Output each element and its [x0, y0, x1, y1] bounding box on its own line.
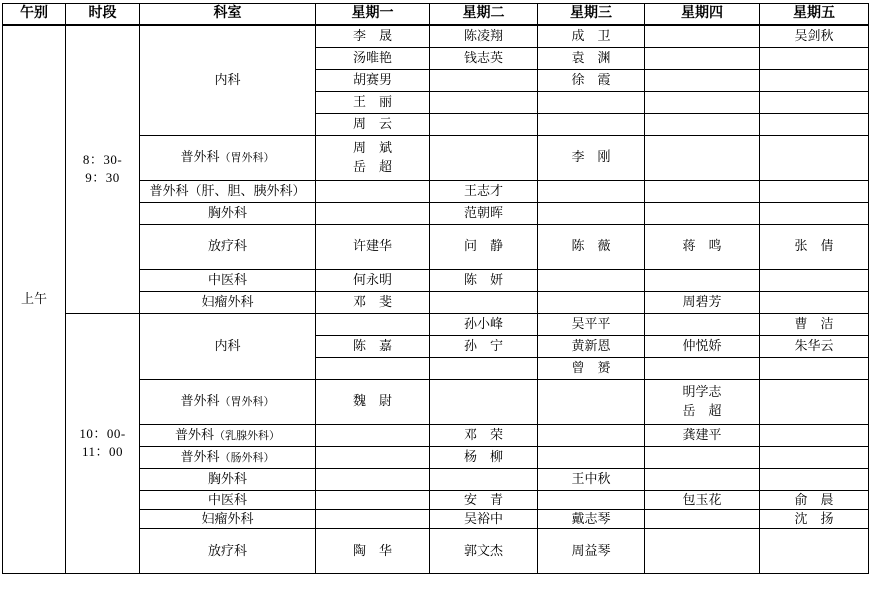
- empty-schedule-cell: [760, 269, 869, 291]
- doctor-cell: 陈凌翔: [430, 25, 538, 47]
- department-cell: 普外科（胃外科）: [140, 379, 316, 424]
- doctor-cell: 龚建平: [645, 424, 760, 446]
- doctor-cell: 郭文杰: [430, 528, 538, 573]
- empty-schedule-cell: [538, 446, 645, 468]
- doctor-cell: 王中秋: [538, 468, 645, 490]
- table-row: 10：00- 11：00内科孙小峰吴平平曹 洁: [3, 313, 869, 335]
- doctor-cell: 李 刚: [538, 135, 645, 180]
- department-cell: 普外科（肝、胆、胰外科）: [140, 180, 316, 202]
- department-cell: 胸外科: [140, 202, 316, 224]
- doctor-cell: 何永明: [316, 269, 430, 291]
- doctor-cell: 朱华云: [760, 335, 869, 357]
- empty-schedule-cell: [430, 135, 538, 180]
- column-header-time: 时段: [66, 4, 140, 26]
- doctor-cell: 吴平平: [538, 313, 645, 335]
- column-header-period: 午别: [3, 4, 66, 26]
- column-header-monday: 星期一: [316, 4, 430, 26]
- doctor-cell: 周益琴: [538, 528, 645, 573]
- doctor-cell: 曾 赟: [538, 357, 645, 379]
- doctor-cell: 陈 嘉: [316, 335, 430, 357]
- empty-schedule-cell: [760, 291, 869, 313]
- empty-schedule-cell: [430, 379, 538, 424]
- empty-schedule-cell: [316, 357, 430, 379]
- empty-schedule-cell: [538, 291, 645, 313]
- doctor-cell: 许建华: [316, 224, 430, 269]
- empty-schedule-cell: [645, 446, 760, 468]
- schedule-body: 上午8：30- 9：30内科李 晟陈凌翔成 卫吴剑秋汤唯艳钱志英袁 渊胡赛男徐 …: [3, 25, 869, 573]
- empty-schedule-cell: [760, 91, 869, 113]
- department-cell: 内科: [140, 313, 316, 379]
- doctor-cell: 黄新恩: [538, 335, 645, 357]
- empty-schedule-cell: [645, 135, 760, 180]
- doctor-cell: 周 云: [316, 113, 430, 135]
- empty-schedule-cell: [538, 379, 645, 424]
- empty-schedule-cell: [760, 69, 869, 91]
- empty-schedule-cell: [316, 446, 430, 468]
- column-header-dept: 科室: [140, 4, 316, 26]
- department-cell: 普外科（乳腺外科）: [140, 424, 316, 446]
- empty-schedule-cell: [316, 202, 430, 224]
- doctor-cell: 王 丽: [316, 91, 430, 113]
- schedule-sheet: 午别 时段 科室 星期一 星期二 星期三 星期四 星期五 上午8：30- 9：3…: [0, 0, 872, 595]
- empty-schedule-cell: [430, 113, 538, 135]
- empty-schedule-cell: [760, 528, 869, 573]
- empty-schedule-cell: [760, 446, 869, 468]
- empty-schedule-cell: [538, 202, 645, 224]
- doctor-cell: 杨 柳: [430, 446, 538, 468]
- doctor-cell: 周 斌 岳 超: [316, 135, 430, 180]
- table-row: 上午8：30- 9：30内科李 晟陈凌翔成 卫吴剑秋: [3, 25, 869, 47]
- empty-schedule-cell: [645, 202, 760, 224]
- empty-schedule-cell: [316, 490, 430, 509]
- doctor-cell: 孙 宁: [430, 335, 538, 357]
- schedule-table: 午别 时段 科室 星期一 星期二 星期三 星期四 星期五 上午8：30- 9：3…: [2, 3, 869, 574]
- department-cell: 放疗科: [140, 528, 316, 573]
- department-cell: 内科: [140, 25, 316, 135]
- department-cell: 普外科（肠外科）: [140, 446, 316, 468]
- header-row: 午别 时段 科室 星期一 星期二 星期三 星期四 星期五: [3, 4, 869, 26]
- empty-schedule-cell: [645, 468, 760, 490]
- empty-schedule-cell: [645, 509, 760, 528]
- doctor-cell: 胡赛男: [316, 69, 430, 91]
- empty-schedule-cell: [645, 269, 760, 291]
- doctor-cell: 安 青: [430, 490, 538, 509]
- empty-schedule-cell: [316, 313, 430, 335]
- empty-schedule-cell: [538, 180, 645, 202]
- empty-schedule-cell: [645, 528, 760, 573]
- doctor-cell: 张 倩: [760, 224, 869, 269]
- doctor-cell: 曹 洁: [760, 313, 869, 335]
- department-cell: 妇瘤外科: [140, 509, 316, 528]
- empty-schedule-cell: [538, 424, 645, 446]
- doctor-cell: 陈 妍: [430, 269, 538, 291]
- department-cell: 中医科: [140, 490, 316, 509]
- empty-schedule-cell: [538, 91, 645, 113]
- empty-schedule-cell: [538, 269, 645, 291]
- empty-schedule-cell: [645, 113, 760, 135]
- column-header-tuesday: 星期二: [430, 4, 538, 26]
- doctor-cell: 明学志 岳 超: [645, 379, 760, 424]
- empty-schedule-cell: [316, 509, 430, 528]
- doctor-cell: 吴裕中: [430, 509, 538, 528]
- empty-schedule-cell: [760, 113, 869, 135]
- doctor-cell: 周碧芳: [645, 291, 760, 313]
- doctor-cell: 蒋 鸣: [645, 224, 760, 269]
- column-header-friday: 星期五: [760, 4, 869, 26]
- empty-schedule-cell: [760, 47, 869, 69]
- empty-schedule-cell: [538, 490, 645, 509]
- empty-schedule-cell: [538, 113, 645, 135]
- empty-schedule-cell: [760, 468, 869, 490]
- empty-schedule-cell: [316, 180, 430, 202]
- doctor-cell: 沈 扬: [760, 509, 869, 528]
- doctor-cell: 成 卫: [538, 25, 645, 47]
- doctor-cell: 仲悦娇: [645, 335, 760, 357]
- department-cell: 中医科: [140, 269, 316, 291]
- period-cell: 上午: [3, 25, 66, 573]
- doctor-cell: 陈 薇: [538, 224, 645, 269]
- doctor-cell: 孙小峰: [430, 313, 538, 335]
- empty-schedule-cell: [430, 91, 538, 113]
- doctor-cell: 李 晟: [316, 25, 430, 47]
- doctor-cell: 戴志琴: [538, 509, 645, 528]
- empty-schedule-cell: [760, 357, 869, 379]
- department-cell: 普外科（胃外科）: [140, 135, 316, 180]
- doctor-cell: 吴剑秋: [760, 25, 869, 47]
- doctor-cell: 钱志英: [430, 47, 538, 69]
- empty-schedule-cell: [760, 424, 869, 446]
- department-cell: 放疗科: [140, 224, 316, 269]
- empty-schedule-cell: [760, 135, 869, 180]
- time-slot-cell: 8：30- 9：30: [66, 25, 140, 313]
- column-header-wednesday: 星期三: [538, 4, 645, 26]
- empty-schedule-cell: [645, 25, 760, 47]
- empty-schedule-cell: [430, 69, 538, 91]
- doctor-cell: 问 静: [430, 224, 538, 269]
- empty-schedule-cell: [316, 468, 430, 490]
- column-header-thursday: 星期四: [645, 4, 760, 26]
- empty-schedule-cell: [645, 357, 760, 379]
- doctor-cell: 王志才: [430, 180, 538, 202]
- doctor-cell: 邓 斐: [316, 291, 430, 313]
- empty-schedule-cell: [760, 180, 869, 202]
- doctor-cell: 范朝晖: [430, 202, 538, 224]
- empty-schedule-cell: [645, 69, 760, 91]
- empty-schedule-cell: [645, 313, 760, 335]
- doctor-cell: 包玉花: [645, 490, 760, 509]
- doctor-cell: 徐 霞: [538, 69, 645, 91]
- empty-schedule-cell: [316, 424, 430, 446]
- empty-schedule-cell: [645, 180, 760, 202]
- empty-schedule-cell: [760, 202, 869, 224]
- department-cell: 胸外科: [140, 468, 316, 490]
- doctor-cell: 邓 荣: [430, 424, 538, 446]
- doctor-cell: 汤唯艳: [316, 47, 430, 69]
- department-cell: 妇瘤外科: [140, 291, 316, 313]
- doctor-cell: 陶 华: [316, 528, 430, 573]
- empty-schedule-cell: [430, 468, 538, 490]
- empty-schedule-cell: [430, 357, 538, 379]
- doctor-cell: 袁 渊: [538, 47, 645, 69]
- doctor-cell: 俞 晨: [760, 490, 869, 509]
- empty-schedule-cell: [645, 47, 760, 69]
- doctor-cell: 魏 尉: [316, 379, 430, 424]
- time-slot-cell: 10：00- 11：00: [66, 313, 140, 573]
- empty-schedule-cell: [760, 379, 869, 424]
- empty-schedule-cell: [430, 291, 538, 313]
- empty-schedule-cell: [645, 91, 760, 113]
